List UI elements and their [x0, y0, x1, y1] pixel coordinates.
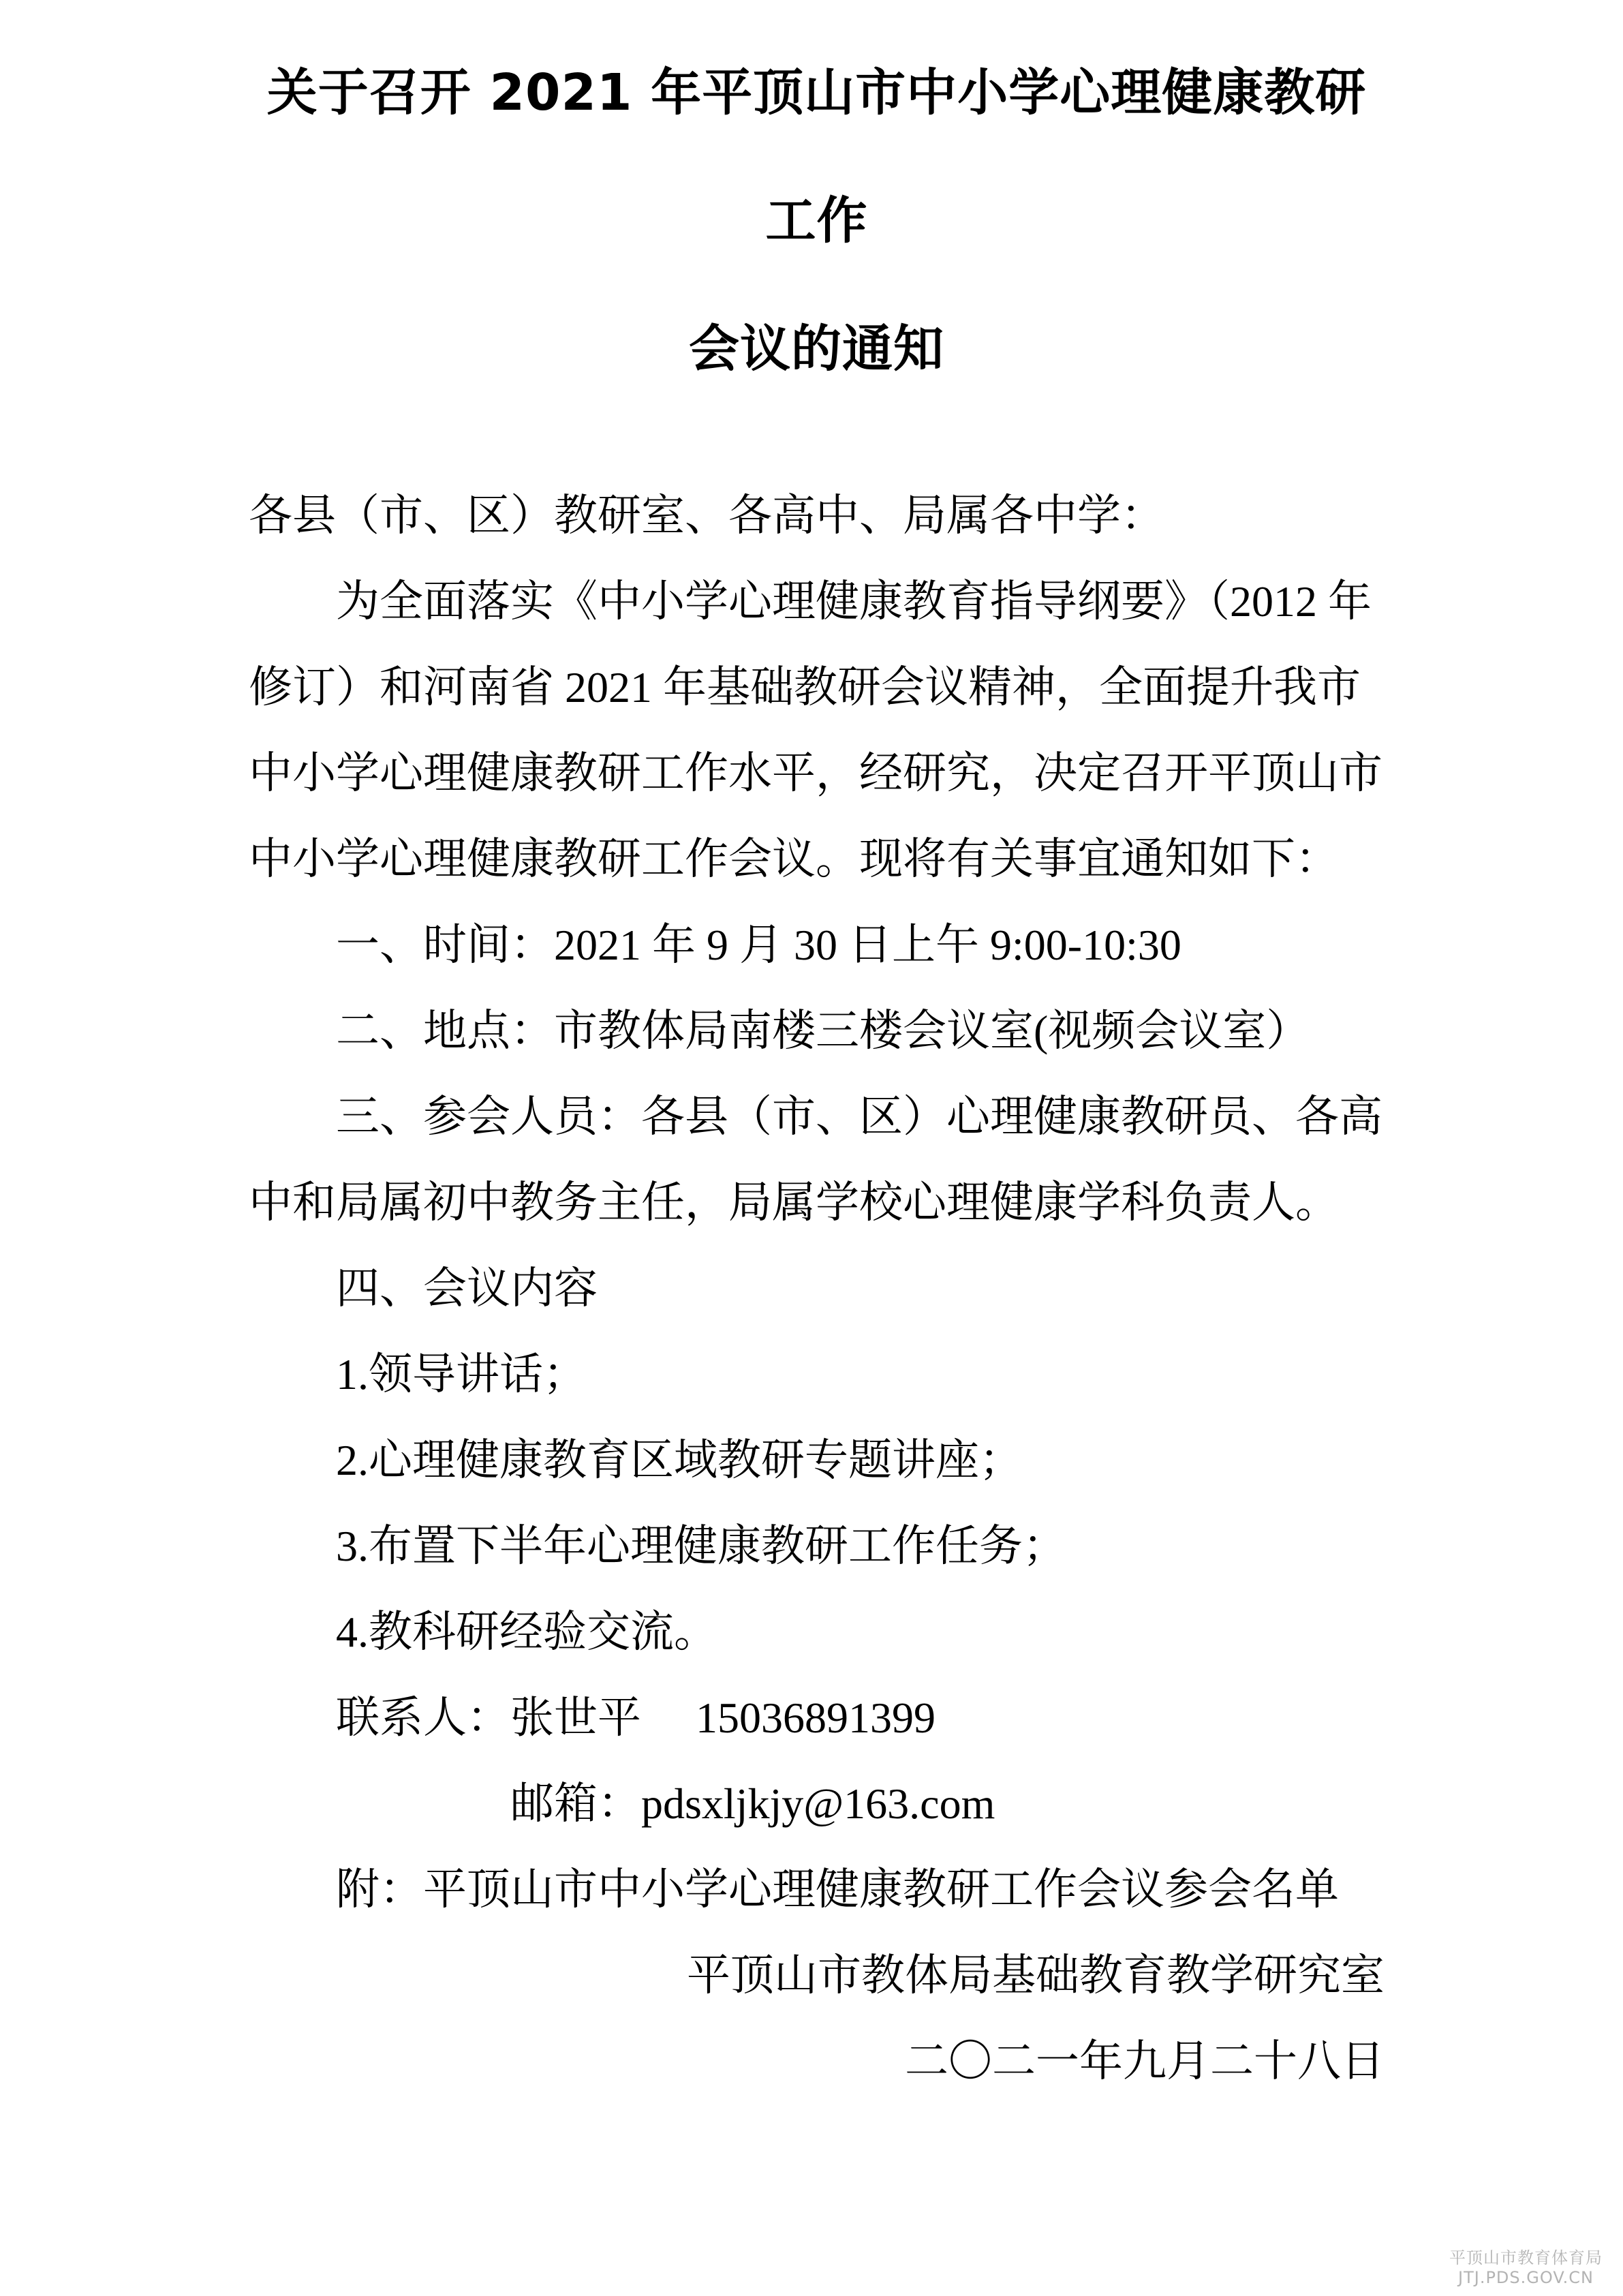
- document-line: 邮箱：pdsxljkjy@163.com: [249, 1761, 1385, 1847]
- document-line: 联系人：张世平 15036891399: [249, 1675, 1385, 1761]
- document-line: 2.心理健康教育区域教研专题讲座；: [249, 1418, 1385, 1503]
- document-line: 二〇二一年九月二十八日: [249, 2019, 1385, 2104]
- document-line: 中小学心理健康教研工作会议。现将有关事宜通知如下：: [249, 816, 1385, 902]
- document-line: 4.教科研经验交流。: [249, 1589, 1385, 1675]
- document-line: 二、地点：市教体局南楼三楼会议室(视频会议室）: [249, 988, 1385, 1074]
- title-line-1: 关于召开 2021 年平顶山市中小学心理健康教研工作: [249, 29, 1385, 285]
- title-line-2: 会议的通知: [249, 285, 1385, 413]
- document-content: 关于召开 2021 年平顶山市中小学心理健康教研工作 会议的通知 各县（市、区）…: [249, 29, 1385, 2104]
- document-line: 为全面落实《中小学心理健康教育指导纲要》（2012 年: [249, 559, 1385, 645]
- document-line: 各县（市、区）教研室、各高中、局属各中学：: [249, 473, 1385, 559]
- document-line: 中和局属初中教务主任，局属学校心理健康学科负责人。: [249, 1160, 1385, 1246]
- document-line: 3.布置下半年心理健康教研工作任务；: [249, 1503, 1385, 1589]
- document-line: 四、会议内容: [249, 1246, 1385, 1332]
- document-title: 关于召开 2021 年平顶山市中小学心理健康教研工作 会议的通知: [249, 29, 1385, 413]
- document-body: 各县（市、区）教研室、各高中、局属各中学：为全面落实《中小学心理健康教育指导纲要…: [249, 473, 1385, 2104]
- document-line: 中小学心理健康教研工作水平，经研究，决定召开平顶山市: [249, 731, 1385, 816]
- watermark-org-label: 平顶山市教育体育局: [1449, 2248, 1603, 2268]
- document-line: 修订）和河南省 2021 年基础教研会议精神，全面提升我市: [249, 645, 1385, 731]
- document-line: 三、参会人员：各县（市、区）心理健康教研员、各高: [249, 1074, 1385, 1160]
- watermark-url-label: JTJ.PDS.GOV.CN: [1449, 2268, 1603, 2288]
- document-line: 平顶山市教体局基础教育教学研究室: [249, 1933, 1385, 2019]
- watermark: 平顶山市教育体育局 JTJ.PDS.GOV.CN: [1449, 2248, 1603, 2288]
- document-page: 关于召开 2021 年平顶山市中小学心理健康教研工作 会议的通知 各县（市、区）…: [0, 0, 1623, 2296]
- document-line: 一、时间：2021 年 9 月 30 日上午 9:00-10:30: [249, 902, 1385, 988]
- document-line: 附：平顶山市中小学心理健康教研工作会议参会名单: [249, 1847, 1385, 1933]
- document-line: 1.领导讲话；: [249, 1332, 1385, 1418]
